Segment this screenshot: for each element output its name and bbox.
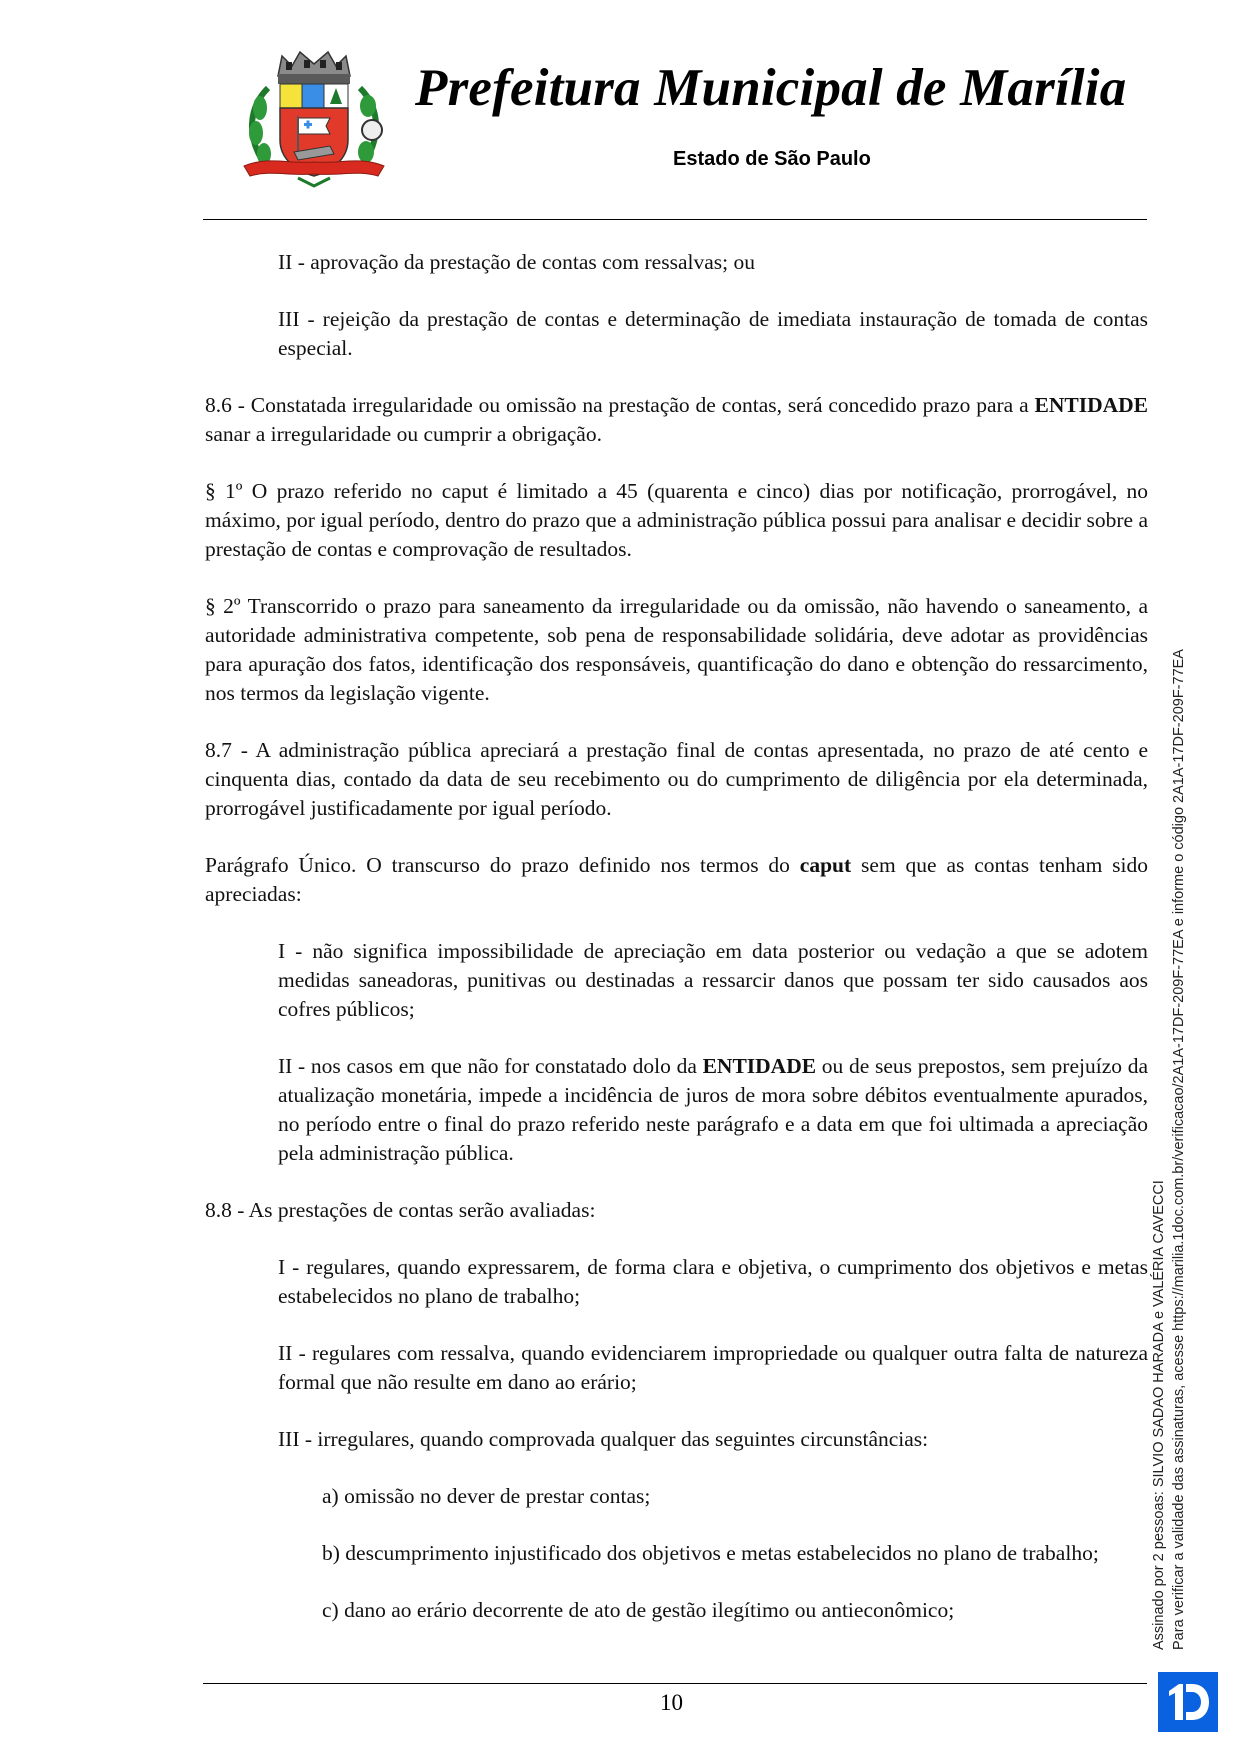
paragraph: 8.8 - As prestações de contas serão aval… bbox=[205, 1196, 1148, 1225]
paragraph: c) dano ao erário decorrente de ato de g… bbox=[322, 1596, 1148, 1625]
paragraph: b) descumprimento injustificado dos obje… bbox=[322, 1539, 1148, 1568]
bold-term: caput bbox=[800, 853, 851, 877]
bold-term: ENTIDADE bbox=[703, 1054, 817, 1078]
paragraph: Parágrafo Único. O transcurso do prazo d… bbox=[205, 851, 1148, 909]
paragraph: II - regulares com ressalva, quando evid… bbox=[278, 1339, 1148, 1397]
paragraph: a) omissão no dever de prestar contas; bbox=[322, 1482, 1148, 1511]
paragraph: 8.6 - Constatada irregularidade ou omiss… bbox=[205, 391, 1148, 449]
paragraph-text: 8.6 - Constatada irregularidade ou omiss… bbox=[205, 393, 1035, 417]
paragraph-text: sanar a irregularidade ou cumprir a obri… bbox=[205, 422, 602, 446]
header-divider bbox=[203, 219, 1147, 220]
page-header-title: Prefeitura Municipal de Marília bbox=[415, 58, 1126, 118]
page-number: 10 bbox=[660, 1690, 683, 1716]
1doc-logo-icon bbox=[1158, 1672, 1218, 1732]
paragraph: § 1º O prazo referido no caput é limitad… bbox=[205, 477, 1148, 564]
coat-of-arms-icon bbox=[238, 48, 390, 188]
signature-stamp-verification-link[interactable]: Para verificar a validade das assinatura… bbox=[1171, 649, 1187, 1650]
document-page: Prefeitura Municipal de Marília Estado d… bbox=[0, 0, 1241, 1755]
signature-stamp-signers: Assinado por 2 pessoas: SILVIO SADAO HAR… bbox=[1151, 1180, 1167, 1650]
paragraph: III - rejeição da prestação de contas e … bbox=[278, 305, 1148, 363]
paragraph: II - aprovação da prestação de contas co… bbox=[278, 248, 1148, 277]
page-header-subtitle: Estado de São Paulo bbox=[673, 148, 871, 171]
paragraph: I - não significa impossibilidade de apr… bbox=[278, 937, 1148, 1024]
bold-term: ENTIDADE bbox=[1035, 393, 1149, 417]
paragraph: III - irregulares, quando comprovada qua… bbox=[278, 1425, 1148, 1454]
paragraph: II - nos casos em que não for constatado… bbox=[278, 1052, 1148, 1168]
paragraph-text: II - nos casos em que não for constatado… bbox=[278, 1054, 703, 1078]
paragraph: § 2º Transcorrido o prazo para saneament… bbox=[205, 592, 1148, 708]
footer-divider bbox=[203, 1683, 1147, 1684]
paragraph: 8.7 - A administração pública apreciará … bbox=[205, 736, 1148, 823]
paragraph-text: Parágrafo Único. O transcurso do prazo d… bbox=[205, 853, 800, 877]
document-body: II - aprovação da prestação de contas co… bbox=[205, 248, 1148, 1653]
paragraph: I - regulares, quando expressarem, de fo… bbox=[278, 1253, 1148, 1311]
